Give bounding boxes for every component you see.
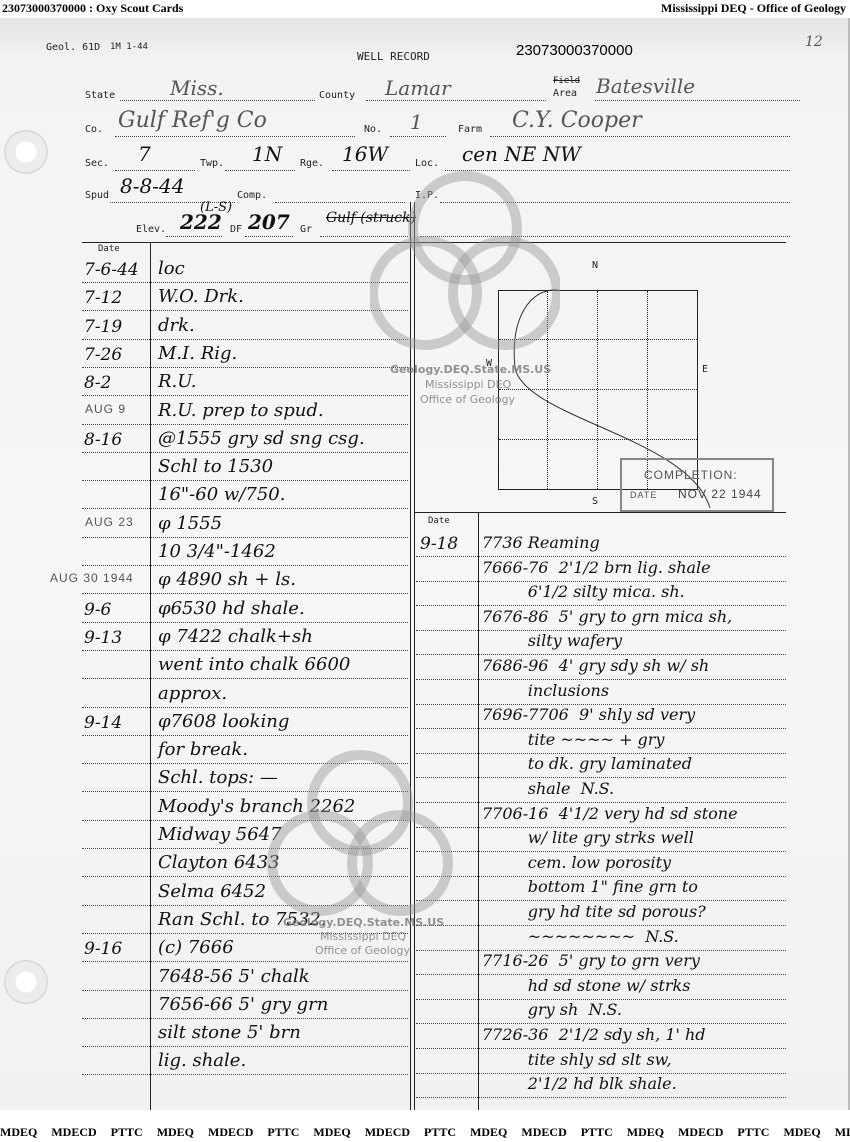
watermark-line1-lower: Mississippi DEQ <box>320 930 406 943</box>
comp-label: Comp. <box>237 190 267 201</box>
card-title: WELL RECORD <box>357 50 430 63</box>
left-log-entry: drk. <box>158 315 195 336</box>
df-value: 207 <box>248 210 290 234</box>
right-log-entry: 2'1/2 hd blk shale. <box>482 1074 677 1093</box>
right-log-entry: 7736 Reaming <box>482 533 600 552</box>
rge-label: Rge. <box>300 158 324 169</box>
agency-title: Mississippi DEQ - Office of Geology <box>661 1 846 16</box>
form-print: 1M 1-44 <box>110 42 148 52</box>
right-log-entry: w/ lite gry strks well <box>482 828 694 847</box>
right-date-header: Date <box>428 516 450 526</box>
footer-agency-label: MDECD <box>365 1125 410 1140</box>
footer-agency-label: PTTC <box>581 1125 613 1140</box>
left-log-date: 9-14 <box>84 713 122 733</box>
watermark-line2: Office of Geology <box>420 393 515 406</box>
no-label: No. <box>364 124 382 135</box>
left-log-entry: 16"-60 w/750. <box>158 484 285 505</box>
left-date-header: Date <box>98 244 120 254</box>
right-log-entry: 7726-36 2'1/2 sdy sh, 1' hd <box>482 1025 706 1044</box>
state-value: Miss. <box>170 76 224 100</box>
spud-value: 8-8-44 <box>120 174 184 198</box>
loc-value: cen NE NW <box>462 142 581 166</box>
left-log-entry: 10 3/4"-1462 <box>158 541 276 562</box>
left-log-entry: 7656-66 5' gry grn <box>158 994 328 1015</box>
left-log-date: AUG 30 1944 <box>50 571 134 585</box>
spud-label: Spud <box>85 190 109 201</box>
footer-agency-label: PTTC <box>737 1125 769 1140</box>
left-log-date: 7-19 <box>84 317 122 337</box>
punch-hole-top <box>4 130 48 174</box>
completion-date-value: NOV 22 1944 <box>678 487 762 501</box>
df-label: DF <box>230 224 242 235</box>
left-log-entry: went into chalk 6600 <box>158 654 350 675</box>
left-log-entry: φ7608 looking <box>158 711 289 732</box>
footer-agency-label: MDECD <box>521 1125 566 1140</box>
right-log-entry: 7686-96 4' gry sdy sh w/ sh <box>482 656 709 675</box>
left-log-entry: for break. <box>158 739 248 760</box>
left-log-date: AUG 23 <box>85 515 134 529</box>
watermark-line1: Mississippi DEQ <box>425 378 511 391</box>
footer-agency-label: PTTC <box>424 1125 456 1140</box>
right-log-entry: 7676-86 5' gry to grn mica sh, <box>482 607 732 626</box>
right-log-entry: hd sd stone w/ strks <box>482 976 690 995</box>
left-log-entry: W.O. Drk. <box>158 286 244 307</box>
footer-agency-label: MDECD <box>208 1125 253 1140</box>
county-value: Lamar <box>385 76 451 100</box>
mdeq-logo-watermark-lower <box>260 748 460 918</box>
elev-value: 222 <box>180 210 222 234</box>
left-log-entry: lig. shale. <box>158 1050 246 1071</box>
footer-agency-label: MDEQ <box>627 1125 664 1140</box>
farm-label: Farm <box>458 124 482 135</box>
watermark-url: Geology.DEQ.State.MS.US <box>390 363 551 376</box>
right-log-entry: ~~~~~~~~ N.S. <box>482 927 679 946</box>
gr-label: Gr <box>300 224 312 235</box>
footer-agency-label: PTTC <box>111 1125 143 1140</box>
left-log-entry: silt stone 5' brn <box>158 1022 301 1043</box>
field-label-struck: Field <box>553 76 580 86</box>
rge-value: 16W <box>342 142 388 166</box>
right-log-entry: shale N.S. <box>482 779 614 798</box>
company-value: Gulf Ref'g Co <box>118 108 267 133</box>
right-log-entry: 6'1/2 silty mica. sh. <box>482 582 685 601</box>
left-log-date: 9-16 <box>84 939 122 959</box>
footer-agency-label: MDECD <box>835 1125 850 1140</box>
watermark-line2-lower: Office of Geology <box>315 944 410 957</box>
right-log-entry: 7706-16 4'1/2 very hd sd stone <box>482 804 738 823</box>
footer-agency-label: MDEQ <box>313 1125 350 1140</box>
left-log-entry: φ 7422 chalk+sh <box>158 626 313 647</box>
left-log-date: 9-6 <box>84 600 111 620</box>
footer-agency-label: MDEQ <box>0 1125 37 1140</box>
farm-value: C.Y. Cooper <box>512 108 642 133</box>
right-log-entry: tite shly sd slt sw, <box>482 1050 672 1069</box>
right-log-entry: silty wafery <box>482 631 622 650</box>
right-log-entry: 7666-76 2'1/2 brn lig. shale <box>482 558 711 577</box>
left-log-entry: Selma 6452 <box>158 881 266 902</box>
left-log-entry: R.U. <box>158 371 197 392</box>
api-number: 23073000370000 <box>516 42 633 59</box>
right-log-date: 9-18 <box>420 534 458 554</box>
area-label: Area <box>553 88 577 99</box>
watermark-url-lower: Geology.DEQ.State.MS.US <box>283 916 444 929</box>
right-log-entry: 7716-26 5' gry to grn very <box>482 951 700 970</box>
completion-date-label: DATE <box>630 490 657 500</box>
right-log-entry: to dk. gry laminated <box>482 754 692 773</box>
twp-label: Twp. <box>200 158 224 169</box>
left-log-date: 7-6-44 <box>84 260 139 280</box>
left-log-date: 8-2 <box>84 373 111 393</box>
right-log-entry: inclusions <box>482 681 609 700</box>
twp-value: 1N <box>252 142 282 166</box>
left-log-entry: φ 4890 sh + ls. <box>158 569 296 590</box>
page-number: 12 <box>805 34 823 50</box>
mdeq-logo-watermark <box>370 168 560 358</box>
co-label: Co. <box>85 124 103 135</box>
footer-agency-label: MDECD <box>678 1125 723 1140</box>
footer-agency-label: MDEQ <box>470 1125 507 1140</box>
form-code: Geol. 61D <box>46 42 100 53</box>
left-log-entry: 7648-56 5' chalk <box>158 966 310 987</box>
elev-label: Elev. <box>136 224 166 235</box>
left-log-entry: φ 1555 <box>158 513 222 534</box>
right-log-entry: cem. low porosity <box>482 853 671 872</box>
left-log-entry: φ6530 hd shale. <box>158 598 305 619</box>
left-log-date: AUG 9 <box>85 402 126 416</box>
footer-agency-label: MDEQ <box>157 1125 194 1140</box>
left-log-date: 9-13 <box>84 628 122 648</box>
left-log-date: 7-12 <box>84 288 122 308</box>
sec-value: 7 <box>138 142 151 166</box>
right-log-entry: gry sh N.S. <box>482 1000 622 1019</box>
right-log-entry: gry hd tite sd porous? <box>482 902 706 921</box>
left-log-entry: R.U. prep to spud. <box>158 400 324 421</box>
state-label: State <box>85 90 115 101</box>
sec-label: Sec. <box>85 158 109 169</box>
well-record-card: Geol. 61D 1M 1-44 WELL RECORD 2307300037… <box>0 18 850 1110</box>
right-log-entry: bottom 1" fine grn to <box>482 877 698 896</box>
county-label: County <box>319 90 355 101</box>
punch-hole-bottom <box>4 960 48 1004</box>
left-log-entry: loc <box>158 258 185 279</box>
left-log-entry: approx. <box>158 683 227 704</box>
footer-agency-strip: MDEQMDECDPTTCMDEQMDECDPTTCMDEQMDECDPTTCM… <box>0 1125 850 1140</box>
footer-agency-label: MDECD <box>51 1125 96 1140</box>
left-log-entry: M.I. Rig. <box>158 343 237 364</box>
area-value: Batesville <box>596 74 695 98</box>
left-log-entry: @1555 gry sd sng csg. <box>158 428 365 449</box>
completion-stamp: COMPLETION: DATE NOV 22 1944 <box>620 458 774 512</box>
left-log-date: 7-26 <box>84 345 122 365</box>
footer-agency-label: PTTC <box>267 1125 299 1140</box>
left-log-date: 8-16 <box>84 430 122 450</box>
left-log-entry: Schl to 1530 <box>158 456 273 477</box>
footer-agency-label: MDEQ <box>783 1125 820 1140</box>
well-no-value: 1 <box>410 110 423 134</box>
plat-north-label: N <box>592 260 598 271</box>
completion-title: COMPLETION: <box>644 468 738 482</box>
right-log-entry: 7696-7706 9' shly sd very <box>482 705 695 724</box>
viewer-header: 23073000370000 : Oxy Scout Cards Mississ… <box>0 0 850 16</box>
right-log-entry: tite ~~~~ + gry <box>482 730 664 749</box>
document-id-title: 23073000370000 : Oxy Scout Cards <box>2 1 183 16</box>
left-log-entry: (c) 7666 <box>158 937 234 958</box>
